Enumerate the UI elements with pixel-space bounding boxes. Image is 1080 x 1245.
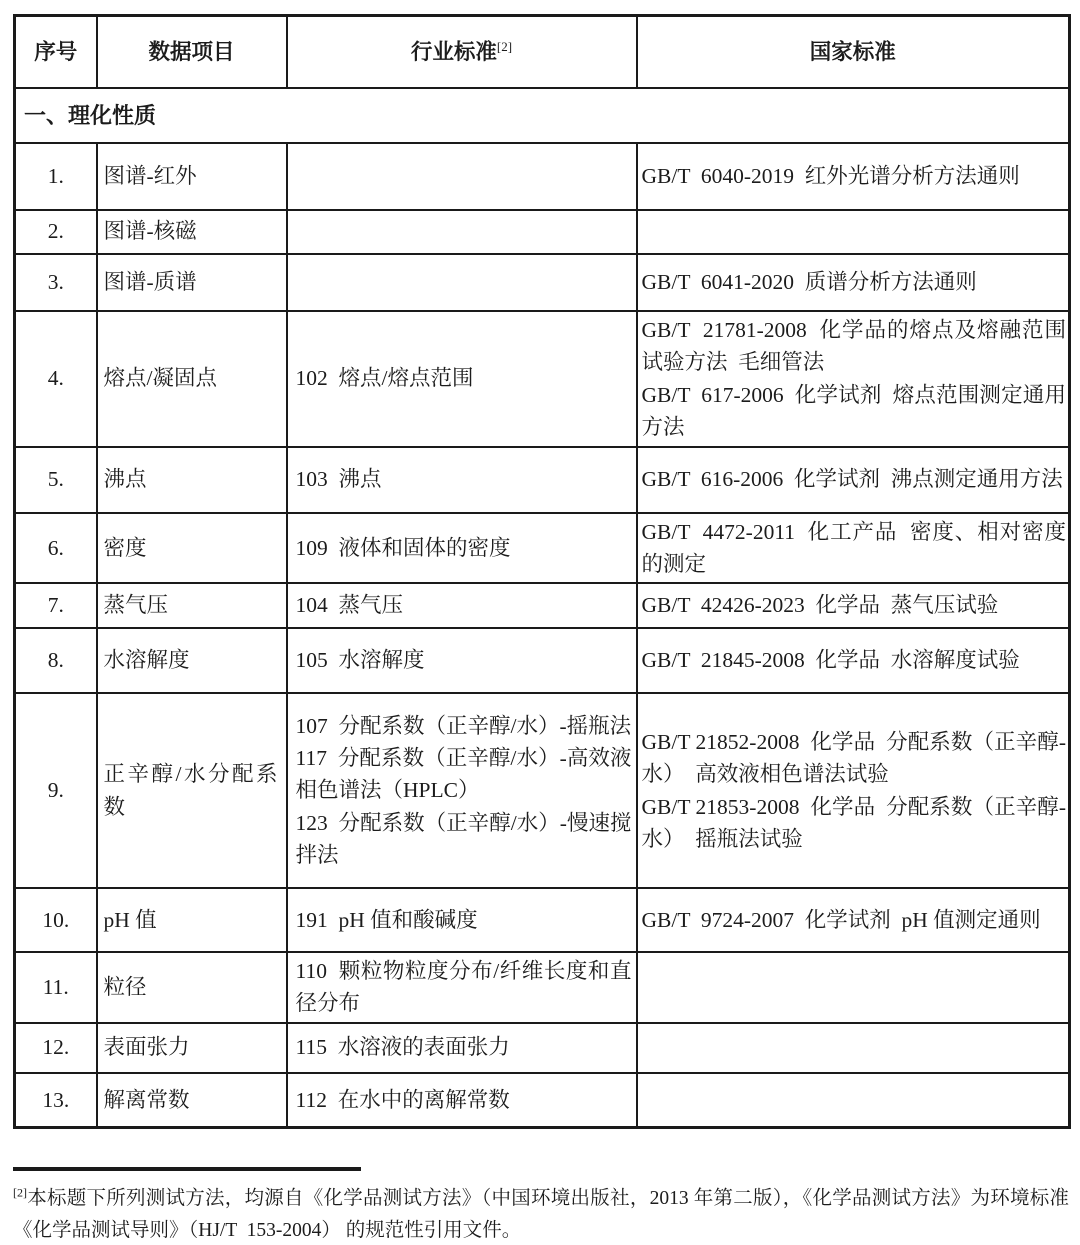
national-standard-cell <box>637 1073 1070 1128</box>
table-row: 7. 蒸气压 104 蒸气压 GB/T 42426-2023 化学品 蒸气压试验 <box>15 583 1070 628</box>
national-standard-cell: GB/T 4472-2011 化工产品 密度、相对密度的测定 <box>637 513 1070 584</box>
national-standard-cell: GB/T 6040-2019 红外光谱分析方法通则 <box>637 143 1070 210</box>
section-title: 一、理化性质 <box>15 88 1070 143</box>
footnote-marker: [2] <box>13 1186 27 1200</box>
table-row: 2. 图谱-核磁 <box>15 210 1070 254</box>
industry-standard-cell: 107 分配系数（正辛醇/水）-摇瓶法 117 分配系数（正辛醇/水）-高效液相… <box>287 693 637 888</box>
table-row: 11. 粒径 110 颗粒物粒度分布/纤维长度和直径分布 <box>15 952 1070 1023</box>
industry-standard-cell: 115 水溶液的表面张力 <box>287 1023 637 1073</box>
footnote: [2]本标题下所列测试方法，均源自《化学品测试方法》（中国环境出版社，2013 … <box>13 1183 1069 1245</box>
industry-standard-cell: 105 水溶解度 <box>287 628 637 693</box>
national-standard-cell <box>637 952 1070 1023</box>
table-row: 9. 正辛醇/水分配系数 107 分配系数（正辛醇/水）-摇瓶法 117 分配系… <box>15 693 1070 888</box>
data-item-cell: 正辛醇/水分配系数 <box>97 693 287 888</box>
header-seq-no: 序号 <box>15 16 97 88</box>
row-number: 11. <box>15 952 97 1023</box>
industry-standard-cell <box>287 210 637 254</box>
national-standard-cell <box>637 1023 1070 1073</box>
national-standard-cell: GB/T 9724-2007 化学试剂 pH 值测定通则 <box>637 888 1070 952</box>
footnote-ref-superscript: [2] <box>497 38 512 53</box>
national-standard-cell <box>637 210 1070 254</box>
table-row: 13. 解离常数 112 在水中的离解常数 <box>15 1073 1070 1128</box>
row-number: 9. <box>15 693 97 888</box>
national-standard-cell: GB/T 616-2006 化学试剂 沸点测定通用方法 <box>637 447 1070 513</box>
data-item-cell: 水溶解度 <box>97 628 287 693</box>
data-item-cell: 图谱-质谱 <box>97 254 287 311</box>
national-standard-cell: GB/T 21845-2008 化学品 水溶解度试验 <box>637 628 1070 693</box>
table-row: 10. pH 值 191 pH 值和酸碱度 GB/T 9724-2007 化学试… <box>15 888 1070 952</box>
header-row: 序号 数据项目 行业标准[2] 国家标准 <box>15 16 1070 88</box>
data-item-cell: 粒径 <box>97 952 287 1023</box>
row-number: 3. <box>15 254 97 311</box>
national-standard-cell: GB/T 42426-2023 化学品 蒸气压试验 <box>637 583 1070 628</box>
row-number: 2. <box>15 210 97 254</box>
footnote-text: 本标题下所列测试方法，均源自《化学品测试方法》（中国环境出版社，2013 年第二… <box>13 1188 1069 1241</box>
table-row: 6. 密度 109 液体和固体的密度 GB/T 4472-2011 化工产品 密… <box>15 513 1070 584</box>
data-item-cell: 熔点/凝固点 <box>97 311 287 447</box>
industry-standard-cell: 191 pH 值和酸碱度 <box>287 888 637 952</box>
header-industry-standard: 行业标准[2] <box>287 16 637 88</box>
row-number: 4. <box>15 311 97 447</box>
data-item-cell: 解离常数 <box>97 1073 287 1128</box>
document-page: 序号 数据项目 行业标准[2] 国家标准 一、理化性质 1. 图谱-红外 GB/… <box>0 0 1080 1245</box>
data-item-cell: pH 值 <box>97 888 287 952</box>
data-item-cell: 表面张力 <box>97 1023 287 1073</box>
header-national-standard: 国家标准 <box>637 16 1070 88</box>
footnote-separator-rule <box>13 1167 361 1171</box>
header-data-item: 数据项目 <box>97 16 287 88</box>
table-row: 8. 水溶解度 105 水溶解度 GB/T 21845-2008 化学品 水溶解… <box>15 628 1070 693</box>
national-standard-cell: GB/T 21852-2008 化学品 分配系数（正辛醇-水） 高效液相色谱法试… <box>637 693 1070 888</box>
table-row: 5. 沸点 103 沸点 GB/T 616-2006 化学试剂 沸点测定通用方法 <box>15 447 1070 513</box>
industry-standard-cell: 112 在水中的离解常数 <box>287 1073 637 1128</box>
table-row: 1. 图谱-红外 GB/T 6040-2019 红外光谱分析方法通则 <box>15 143 1070 210</box>
row-number: 10. <box>15 888 97 952</box>
row-number: 5. <box>15 447 97 513</box>
industry-standard-cell: 102 熔点/熔点范围 <box>287 311 637 447</box>
data-item-cell: 密度 <box>97 513 287 584</box>
row-number: 8. <box>15 628 97 693</box>
data-item-cell: 图谱-核磁 <box>97 210 287 254</box>
data-item-cell: 图谱-红外 <box>97 143 287 210</box>
row-number: 13. <box>15 1073 97 1128</box>
industry-standard-cell: 109 液体和固体的密度 <box>287 513 637 584</box>
row-number: 12. <box>15 1023 97 1073</box>
data-item-cell: 沸点 <box>97 447 287 513</box>
row-number: 7. <box>15 583 97 628</box>
table-row: 12. 表面张力 115 水溶液的表面张力 <box>15 1023 1070 1073</box>
section-header-row: 一、理化性质 <box>15 88 1070 143</box>
row-number: 1. <box>15 143 97 210</box>
table-row: 4. 熔点/凝固点 102 熔点/熔点范围 GB/T 21781-2008 化学… <box>15 311 1070 447</box>
industry-standard-cell <box>287 143 637 210</box>
national-standard-cell: GB/T 21781-2008 化学品的熔点及熔融范围试验方法 毛细管法 GB/… <box>637 311 1070 447</box>
industry-standard-cell: 104 蒸气压 <box>287 583 637 628</box>
row-number: 6. <box>15 513 97 584</box>
data-item-cell: 蒸气压 <box>97 583 287 628</box>
standards-table: 序号 数据项目 行业标准[2] 国家标准 一、理化性质 1. 图谱-红外 GB/… <box>13 14 1071 1129</box>
table-row: 3. 图谱-质谱 GB/T 6041-2020 质谱分析方法通则 <box>15 254 1070 311</box>
industry-standard-cell <box>287 254 637 311</box>
industry-standard-cell: 103 沸点 <box>287 447 637 513</box>
national-standard-cell: GB/T 6041-2020 质谱分析方法通则 <box>637 254 1070 311</box>
industry-standard-cell: 110 颗粒物粒度分布/纤维长度和直径分布 <box>287 952 637 1023</box>
